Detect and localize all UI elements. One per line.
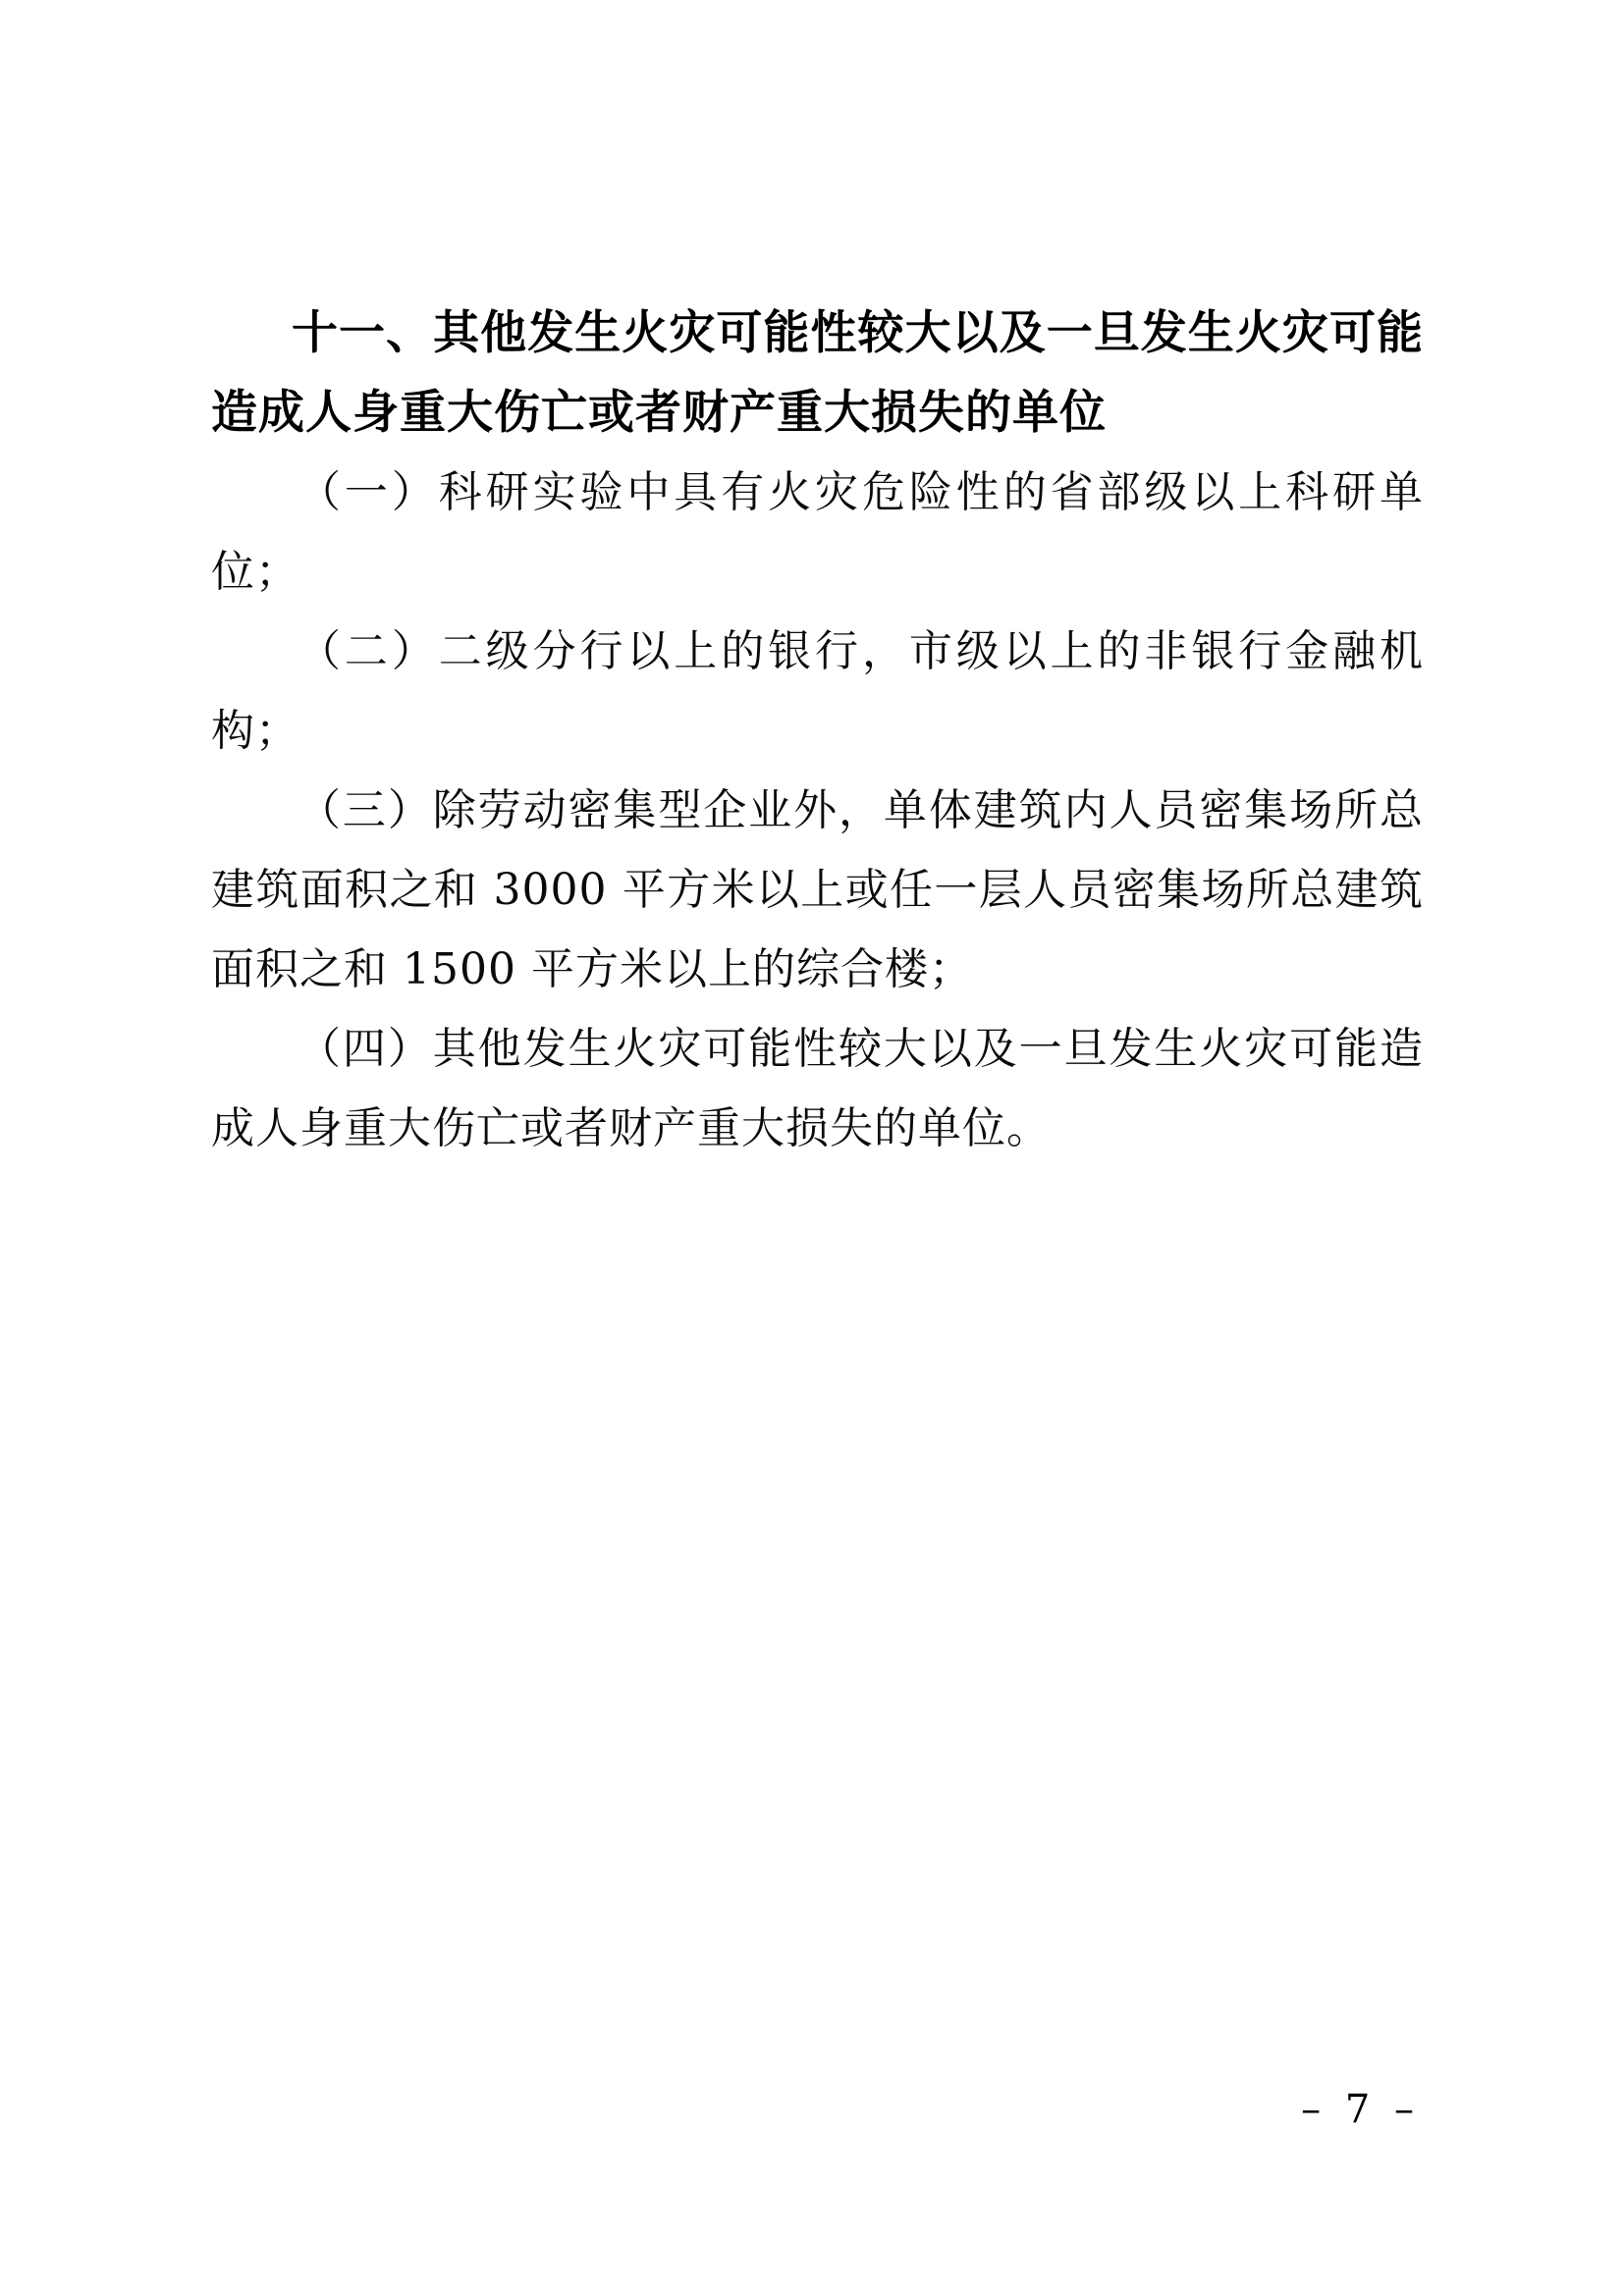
document-body: 十一、其他发生火灾可能性较大以及一旦发生火灾可能造成人身重大伤亡或者财产重大损失…	[211, 294, 1424, 1168]
clause-item-4: （四）其他发生火灾可能性较大以及一旦发生火灾可能造成人身重大伤亡或者财产重大损失…	[211, 1009, 1424, 1168]
clause-item-3: （三）除劳动密集型企业外，单体建筑内人员密集场所总建筑面积之和 3000 平方米…	[211, 771, 1424, 1009]
page-number: – 7 –	[1301, 2087, 1420, 2132]
section-heading: 十一、其他发生火灾可能性较大以及一旦发生火灾可能造成人身重大伤亡或者财产重大损失…	[211, 294, 1424, 453]
clause-item-2: （二）二级分行以上的银行，市级以上的非银行金融机构；	[211, 612, 1424, 771]
clause-item-1: （一）科研实验中具有火灾危险性的省部级以上科研单位；	[211, 453, 1424, 612]
document-page: 十一、其他发生火灾可能性较大以及一旦发生火灾可能造成人身重大伤亡或者财产重大损失…	[0, 0, 1624, 2296]
